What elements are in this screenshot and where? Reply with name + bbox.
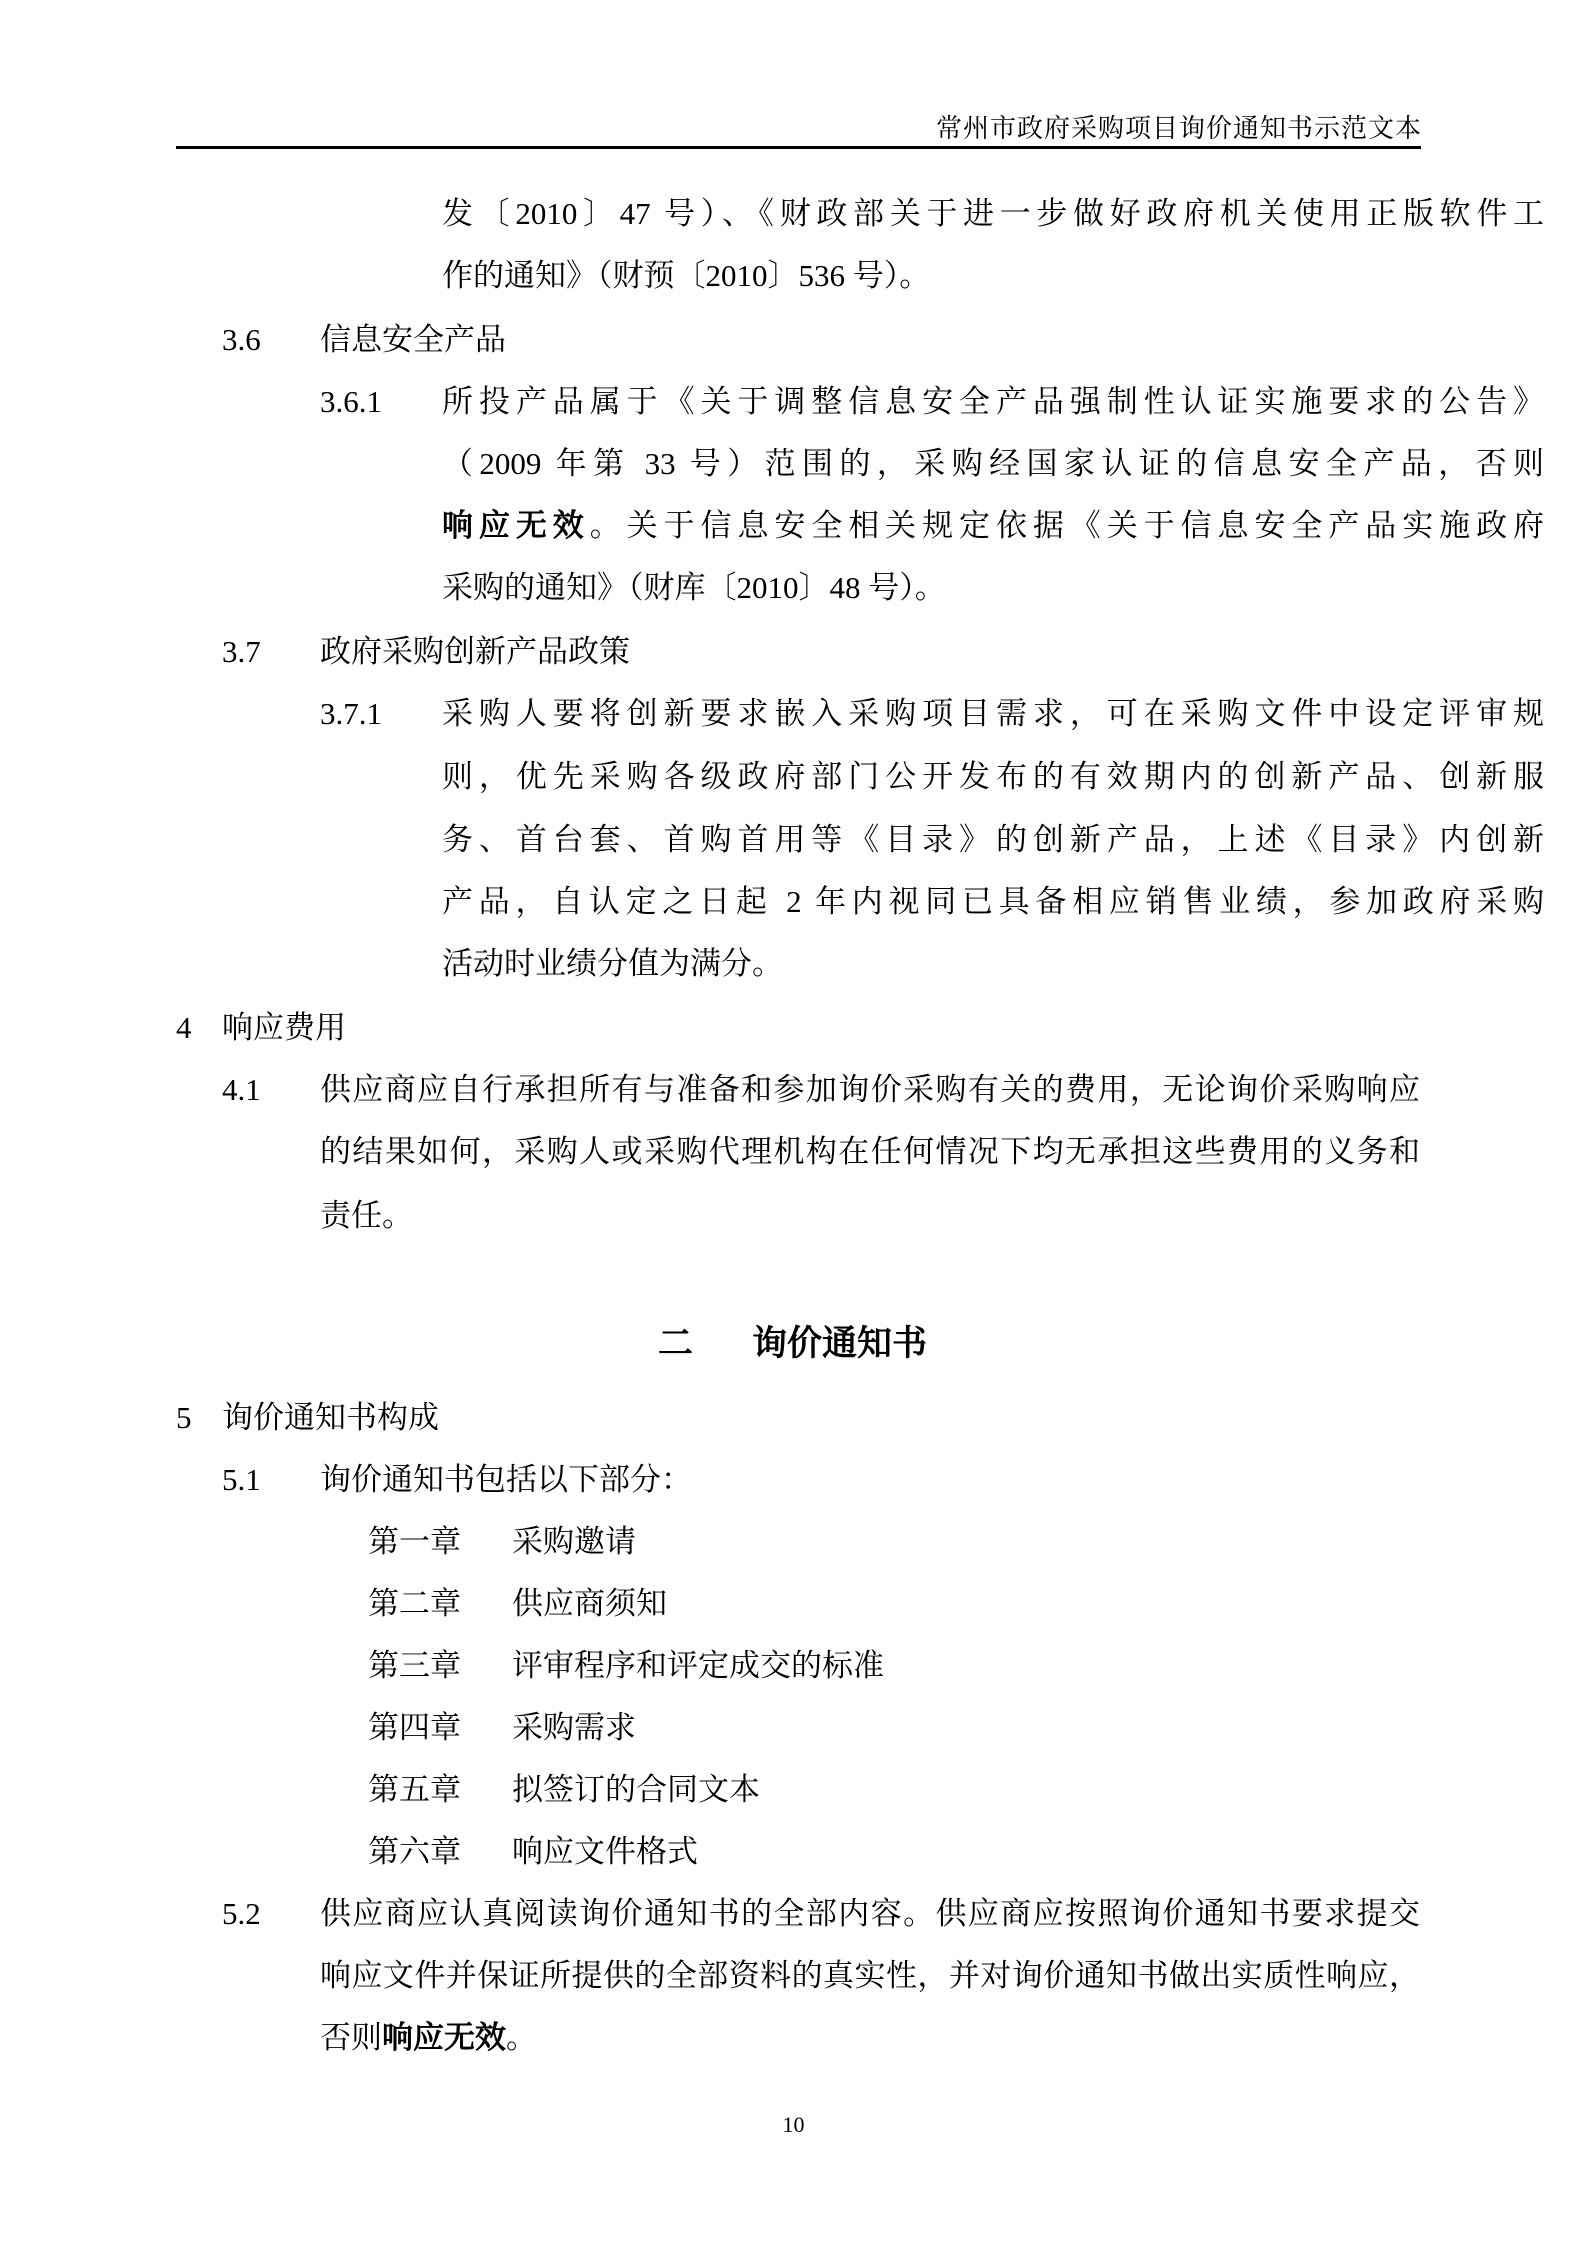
section-3-6-number: 3.6 — [222, 320, 261, 360]
invalid-response-emphasis: 响应无效 — [382, 2020, 506, 2055]
continuation-line-2: 作的通知》（财预〔2010〕536 号）。 — [442, 256, 930, 296]
chapter-list-item-6-label: 第六章 — [368, 1832, 461, 1872]
chapter-list-item-3-title: 评审程序和评定成交的标准 — [512, 1646, 884, 1686]
clause-5-2-line-2: 响应文件并保证所提供的全部资料的真实性，并对询价通知书做出实质性响应， — [320, 1956, 1420, 1996]
clause-3-6-1-line-3: 响应无效。关于信息安全相关规定依据《关于信息安全产品实施政府 — [442, 506, 1544, 546]
section-4-title: 响应费用 — [222, 1008, 346, 1048]
clause-4-1-line-2: 的结果如何，采购人或采购代理机构在任何情况下均无承担这些费用的义务和 — [320, 1132, 1420, 1172]
part-2-title: 询价通知书 — [752, 1322, 927, 1366]
chapter-list-item-5-title: 拟签订的合同文本 — [512, 1770, 760, 1810]
clause-3-7-1-line-4: 产品，自认定之日起 2 年内视同已具备相应销售业绩，参加政府采购 — [442, 882, 1544, 922]
continuation-line-1: 发〔2010〕47 号）、《财政部关于进一步做好政府机关使用正版软件工 — [442, 194, 1544, 234]
chapter-list-item-5-label: 第五章 — [368, 1770, 461, 1810]
clause-3-6-1-line-4: 采购的通知》（财库〔2010〕48 号）。 — [442, 568, 946, 608]
chapter-list-item-2-title: 供应商须知 — [512, 1584, 667, 1624]
clause-4-1-number: 4.1 — [222, 1070, 261, 1110]
chapter-list-item-6-title: 响应文件格式 — [512, 1832, 698, 1872]
clause-3-6-1-line-2: （2009 年第 33 号）范围的，采购经国家认证的信息安全产品，否则 — [442, 444, 1544, 484]
chapter-list-item-1-label: 第一章 — [368, 1522, 461, 1562]
section-3-7-number: 3.7 — [222, 632, 261, 672]
running-header: 常州市政府采购项目询价通知书示范文本 — [936, 108, 1422, 145]
chapter-list-item-4-label: 第四章 — [368, 1708, 461, 1748]
invalid-response-emphasis: 响应无效 — [442, 508, 590, 543]
section-4-number: 4 — [176, 1008, 192, 1048]
clause-3-7-1-line-3: 务、首台套、首购首用等《目录》的创新产品，上述《目录》内创新 — [442, 820, 1544, 860]
document-page: 常州市政府采购项目询价通知书示范文本 发〔2010〕47 号）、《财政部关于进一… — [0, 0, 1587, 2245]
clause-4-1-line-3: 责任。 — [320, 1196, 413, 1236]
chapter-list-item-1-title: 采购邀请 — [512, 1522, 636, 1562]
section-3-6-title: 信息安全产品 — [320, 320, 506, 360]
clause-3-6-1-line-1: 所投产品属于《关于调整信息安全产品强制性认证实施要求的公告》 — [442, 382, 1544, 422]
chapter-list-item-3-label: 第三章 — [368, 1646, 461, 1686]
clause-4-1-line-1: 供应商应自行承担所有与准备和参加询价采购有关的费用，无论询价采购响应 — [320, 1070, 1420, 1110]
part-2-number: 二 — [658, 1322, 693, 1366]
clause-5-2-number: 5.2 — [222, 1894, 261, 1934]
chapter-list-item-2-label: 第二章 — [368, 1584, 461, 1624]
clause-5-1-number: 5.1 — [222, 1460, 261, 1500]
clause-3-7-1-number: 3.7.1 — [320, 694, 382, 734]
clause-5-2-line-3: 否则响应无效。 — [320, 2018, 537, 2058]
chapter-list-item-4-title: 采购需求 — [512, 1708, 636, 1748]
clause-3-7-1-line-5: 活动时业绩分值为满分。 — [442, 944, 783, 984]
clause-5-1-text: 询价通知书包括以下部分： — [320, 1460, 692, 1500]
clause-3-7-1-line-1: 采购人要将创新要求嵌入采购项目需求，可在采购文件中设定评审规 — [442, 694, 1544, 734]
page-number: 10 — [0, 2112, 1587, 2138]
section-5-number: 5 — [176, 1398, 192, 1438]
header-rule — [176, 146, 1421, 149]
clause-5-2-line-1: 供应商应认真阅读询价通知书的全部内容。供应商应按照询价通知书要求提交 — [320, 1894, 1420, 1934]
clause-3-7-1-line-2: 则，优先采购各级政府部门公开发布的有效期内的创新产品、创新服 — [442, 757, 1544, 797]
section-3-7-title: 政府采购创新产品政策 — [320, 632, 630, 672]
clause-3-6-1-number: 3.6.1 — [320, 382, 382, 422]
section-5-title: 询价通知书构成 — [222, 1398, 439, 1438]
